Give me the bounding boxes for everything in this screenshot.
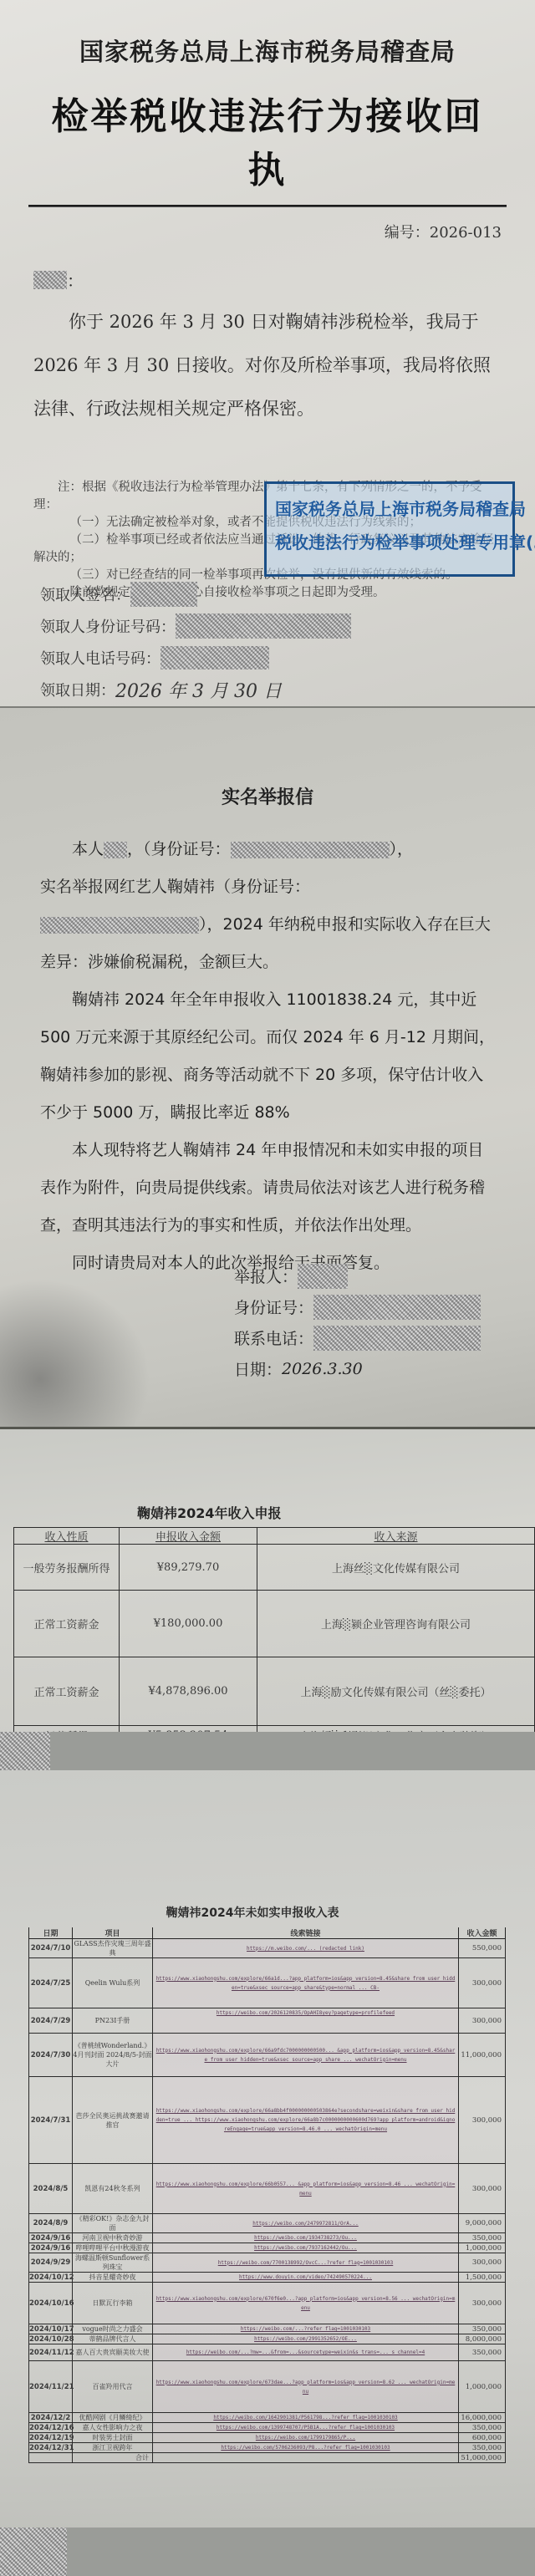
row-date: 2024/9/16 <box>29 2243 73 2253</box>
label: 举报人： <box>234 1265 298 1287</box>
redacted-id <box>176 613 351 639</box>
title-divider <box>28 205 507 207</box>
table-header-row: 收入性质 申报收入金额 收入来源 <box>14 1528 535 1545</box>
date-value: 2026 年 3 月 30 日 <box>115 677 282 703</box>
table-row: 正常工资薪金 ¥180,000.00 上海░颍企业管理咨询有限公司 <box>14 1591 535 1657</box>
redacted-id <box>313 1295 481 1320</box>
empty-cell <box>29 2453 73 2463</box>
table-row: 2024/7/29PN23I手册https://weibo.com/202612… <box>29 2008 506 2034</box>
letter-paragraph-3: 本人现特将艺人鞠婧祎 24 年申报情况和未如实申报的项目表作为附件，向贵局提供线… <box>40 1132 495 1245</box>
text: 本人 <box>72 840 104 858</box>
total-row: 合计51,000,000 <box>29 2453 506 2463</box>
row-amount: 350,000 <box>459 2233 506 2243</box>
stamp-line-1: 国家税务总局上海市税务局稽查局 <box>275 492 506 526</box>
redacted-signature <box>0 1732 50 1770</box>
evidence-link[interactable]: https://weibo.com/...?mw=...&from=...&so… <box>153 2344 459 2361</box>
row-project: 浙江卫视跨年 <box>73 2443 153 2453</box>
declared-income-table: 收入性质 申报收入金额 收入来源 一般劳务报酬所得 ¥89,279.70 上海丝… <box>13 1527 535 1732</box>
evidence-link[interactable]: https://weibo.com/7937162442/Ou... <box>153 2243 459 2253</box>
table-row: 2024/9/16河南卫视中秋奇妙游https://weibo.com/1934… <box>29 2233 506 2243</box>
row-amount: 550,000 <box>459 1939 506 1958</box>
row-project: vogue时尚之力盛会 <box>73 2324 153 2334</box>
row-amount: 350,000 <box>459 2324 506 2334</box>
evidence-link[interactable]: https://www.xiaohongshu.com/explore/66a1… <box>153 1958 459 2008</box>
evidence-link[interactable]: https://www.xiaohongshu.com/explore/66b0… <box>153 2164 459 2214</box>
row-date: 2024/12/19 <box>29 2433 73 2443</box>
income-type: 正常工资薪金 <box>14 1657 120 1726</box>
label: 联系电话： <box>234 1326 313 1349</box>
row-date: 2024/11/12 <box>29 2344 73 2361</box>
row-amount: 600,000 <box>459 2433 506 2443</box>
table-row: 2024/8/5凯恩有24秋冬系列https://www.xiaohongshu… <box>29 2164 506 2214</box>
row-amount: 300,000 <box>459 2008 506 2034</box>
row-amount: 9,000,000 <box>459 2214 506 2233</box>
table-row: 2024/10/17vogue时尚之力盛会https://weibo.com/.… <box>29 2324 506 2334</box>
income-source: 上海橘░利影视文化工作室（个人独资） <box>257 1726 535 1733</box>
table-row: 2024/9/29海螺温斯顿Sunflower系列珠宝https://weibo… <box>29 2253 506 2273</box>
row-date: 2024/9/29 <box>29 2253 73 2273</box>
row-project: 凯恩有24秋冬系列 <box>73 2164 153 2214</box>
income-type: 正常工资薪金 <box>14 1591 120 1657</box>
row-date: 2024/9/16 <box>29 2233 73 2243</box>
table-row: 2024/10/16日默瓦行李箱https://www.xiaohongshu.… <box>29 2283 506 2324</box>
table-row: 2024/12/31浙江卫视跨年https://weibo.com/570623… <box>29 2443 506 2453</box>
label: 身份证号： <box>234 1296 313 1318</box>
income-source: 上海丝░文化传媒有限公司 <box>257 1545 535 1591</box>
redacted-phone <box>160 646 269 669</box>
row-project: 《普桃绒Wonderland.》4月刊封面 2024/8/5-封面大片 <box>73 2034 153 2077</box>
serial-number: 编号：2026-013 <box>33 221 502 242</box>
row-project: 时装男士封面 <box>73 2433 153 2443</box>
row-date: 2024/10/16 <box>29 2283 73 2324</box>
table-row: 2024/7/31芭莎全民奥运挑战赛邀请推官https://www.xiaoho… <box>29 2077 506 2164</box>
row-project: 抖音星耀奇妙夜 <box>73 2273 153 2283</box>
phone-label: 领取人电话号码： <box>40 647 160 669</box>
row-amount: 350,000 <box>459 2423 506 2433</box>
evidence-link[interactable]: https://weibo.com/5706236093/P8...?refer… <box>153 2443 459 2453</box>
row-project: 蒂鹤品牌代言人 <box>73 2334 153 2344</box>
row-amount: 300,000 <box>459 2077 506 2164</box>
row-date: 2024/8/5 <box>29 2164 73 2214</box>
empty-cell <box>153 2453 459 2463</box>
serial-value: 2026-013 <box>430 224 502 242</box>
income-amount: ¥5,853,207.54 <box>120 1726 257 1733</box>
row-amount: 350,000 <box>459 2344 506 2361</box>
row-project: 百雀羚用代言 <box>73 2361 153 2413</box>
evidence-link[interactable]: https://m.weibo.com/... (redacted link) <box>153 1939 459 1958</box>
table-row: 一般劳务报酬所得 ¥89,279.70 上海丝░文化传媒有限公司 <box>14 1545 535 1591</box>
evidence-link[interactable]: https://www.douyin.com/video/74249057022… <box>153 2273 459 2283</box>
evidence-link[interactable]: https://www.xiaohongshu.com/explore/673d… <box>153 2361 459 2413</box>
table-row: 经营所得 ¥5,853,207.54 上海橘░利影视文化工作室（个人独资） <box>14 1726 535 1733</box>
table-row: 2024/10/12抖音星耀奇妙夜https://www.douyin.com/… <box>29 2273 506 2283</box>
row-project: 哔哩哔哩平台中秋漫游夜 <box>73 2243 153 2253</box>
letter-title: 实名举报信 <box>40 783 495 809</box>
table-row: 2024/7/25Qeelin Wulu系列https://www.xiaoho… <box>29 1958 506 2008</box>
row-project: 嘉人百大贵宾颐美妆大使 <box>73 2344 153 2361</box>
label: 日期： <box>234 1357 282 1380</box>
row-amount: 300,000 <box>459 1958 506 2008</box>
reporter-id: 身份证号： <box>234 1291 481 1322</box>
text: 实名举报网红艺人鞠婧祎（身份证号： <box>40 878 310 896</box>
income-amount: ¥4,878,896.00 <box>120 1657 257 1726</box>
table-row: 正常工资薪金 ¥4,878,896.00 上海░励文化传媒有限公司（丝░委托） <box>14 1657 535 1726</box>
evidence-link[interactable]: https://weibo.com/...?refer_flag=1001030… <box>153 2324 459 2334</box>
stamp-line-2: 税收违法行为检举事项处理专用章(3) <box>275 526 506 559</box>
row-project: 优酷网剧《月鳞绮纪》 <box>73 2413 153 2423</box>
column-header: 项目 <box>73 1927 153 1939</box>
row-amount: 16,000,000 <box>459 2413 506 2423</box>
text: ）， <box>390 840 414 858</box>
column-header: 收入性质 <box>14 1528 120 1545</box>
row-amount: 300,000 <box>459 2283 506 2324</box>
row-project: 海螺温斯顿Sunflower系列珠宝 <box>73 2253 153 2273</box>
salutation: ： <box>33 267 502 292</box>
table-row: 2024/9/16哔哩哔哩平台中秋漫游夜https://weibo.com/79… <box>29 2243 506 2253</box>
income-type: 一般劳务报酬所得 <box>14 1545 120 1591</box>
row-date: 2024/11/21 <box>29 2361 73 2413</box>
letter-paragraph-2: 鞠婧祎 2024 年全年申报收入 11001838.24 元，其中近 500 万… <box>40 981 495 1132</box>
salutation-colon: ： <box>67 267 84 292</box>
reporter-name: 举报人： <box>234 1260 481 1291</box>
row-date: 2024/7/31 <box>29 2077 73 2164</box>
table-row: 2024/7/30《普桃绒Wonderland.》4月刊封面 2024/8/5-… <box>29 2034 506 2077</box>
date-field: 领取日期：2026 年 3 月 30 日 <box>40 674 351 705</box>
id-label: 领取人身份证号码： <box>40 615 176 637</box>
receipt-body: 你于 2026 年 3 月 30 日对鞠婧祎涉税检举，我局于 2026 年 3 … <box>33 300 502 430</box>
row-amount: 350,000 <box>459 2443 506 2453</box>
row-amount: 1,000,000 <box>459 2243 506 2253</box>
row-project: GLASS杰作灾瑰三周年盛典 <box>73 1939 153 1958</box>
table-row: 2024/12/19时装男士封面https://weibo.com/179917… <box>29 2433 506 2443</box>
redacted-id <box>40 917 199 934</box>
letter-paragraph-1: 本人，（身份证号：）， <box>40 831 495 868</box>
redacted-name <box>104 842 127 858</box>
reporter-date: 日期：2026.3.30 <box>234 1353 481 1384</box>
evidence-link[interactable]: https://weibo.com/2479972811/OrA... <box>153 2214 459 2233</box>
table-row: 2024/7/10GLASS杰作灾瑰三周年盛典https://m.weibo.c… <box>29 1939 506 1958</box>
table-row: 2024/11/12嘉人百大贵宾颐美妆大使https://weibo.com/.… <box>29 2344 506 2361</box>
column-header: 申报收入金额 <box>120 1528 257 1545</box>
row-project: 芭莎全民奥运挑战赛邀请推官 <box>73 2077 153 2164</box>
row-project: 嘉人女性影响力之夜 <box>73 2423 153 2433</box>
income-source: 上海░颍企业管理咨询有限公司 <box>257 1591 535 1657</box>
date-label: 领取日期： <box>40 679 115 700</box>
row-date: 2024/10/12 <box>29 2273 73 2283</box>
row-date: 2024/7/30 <box>29 2034 73 2077</box>
evidence-link[interactable]: https://www.xiaohongshu.com/explore/670f… <box>153 2283 459 2324</box>
evidence-link[interactable]: https://weibo.com/1642901381/P561798...?… <box>153 2413 459 2423</box>
official-stamp: 国家税务总局上海市税务局稽查局 税收违法行为检举事项处理专用章(3) <box>264 481 515 577</box>
table-row: 2024/10/28蒂鹤品牌代言人https://weibo.com/29913… <box>29 2334 506 2344</box>
row-date: 2024/12/2 <box>29 2413 73 2423</box>
evidence-link[interactable]: https://weibo.com/2026120835/OpAHI8yey?p… <box>153 2008 459 2034</box>
letter-paragraph-1b: 实名举报网红艺人鞠婧祎（身份证号： ），2024 年纳税申报和实际收入存在巨大差… <box>40 868 495 981</box>
row-amount: 11,000,000 <box>459 2034 506 2077</box>
signature-field: 领取人签名： <box>40 578 351 610</box>
row-date: 2024/10/17 <box>29 2324 73 2334</box>
row-date: 2024/12/31 <box>29 2443 73 2453</box>
row-date: 2024/7/10 <box>29 1939 73 1958</box>
redacted-id <box>231 842 390 858</box>
row-project: 日默瓦行李箱 <box>73 2283 153 2324</box>
declared-income-title: 鞠婧祎2024年收入申报 <box>137 1503 523 1522</box>
evidence-link[interactable]: https://weibo.com/1799179865/P... <box>153 2433 459 2443</box>
evidence-link[interactable]: https://weibo.com/7700138992/OvcC...?ref… <box>153 2253 459 2273</box>
column-header: 收入来源 <box>257 1528 535 1545</box>
evidence-link[interactable]: https://www.xiaohongshu.com/explore/66a9… <box>153 2034 459 2077</box>
evidence-link[interactable]: https://weibo.com/1934738273/Ou... <box>153 2233 459 2243</box>
income-amount: ¥89,279.70 <box>120 1545 257 1591</box>
row-date: 2024/7/29 <box>29 2008 73 2034</box>
column-header: 日期 <box>29 1927 73 1939</box>
table-row: 2024/12/16嘉人女性影响力之夜https://weibo.com/139… <box>29 2423 506 2433</box>
row-project: PN23I手册 <box>73 2008 153 2034</box>
row-date: 2024/7/25 <box>29 1958 73 2008</box>
table-header-row: 日期 项目 线索链接 收入金额 <box>29 1927 506 1939</box>
unreported-income-table: 日期 项目 线索链接 收入金额 2024/7/10GLASS杰作灾瑰三周年盛典h… <box>28 1927 506 2463</box>
table-row: 2024/8/9《精彩OK!》杂志金九封面https://weibo.com/2… <box>29 2214 506 2233</box>
declared-income-page: 鞠婧祎2024年收入申报 收入性质 申报收入金额 收入来源 一般劳务报酬所得 ¥… <box>0 1427 535 1732</box>
income-source: 上海░励文化传媒有限公司（丝░委托） <box>257 1657 535 1726</box>
issuer-name: 国家税务总局上海市税务局稽查局 <box>33 0 502 68</box>
phone-field: 领取人电话号码： <box>40 642 351 674</box>
row-amount: 300,000 <box>459 2164 506 2214</box>
receipt-title: 检举税收违法行为接收回执 <box>33 86 502 193</box>
redacted-signature <box>298 1264 348 1289</box>
row-date: 2024/12/16 <box>29 2423 73 2433</box>
redacted-name <box>33 271 67 289</box>
income-amount: ¥180,000.00 <box>120 1591 257 1657</box>
income-type: 经营所得 <box>14 1726 120 1733</box>
row-date: 2024/10/28 <box>29 2334 73 2344</box>
row-project: 《精彩OK!》杂志金九封面 <box>73 2214 153 2233</box>
id-field: 领取人身份证号码： <box>40 610 351 642</box>
evidence-link[interactable]: https://weibo.com/2991352652/OE... <box>153 2334 459 2344</box>
column-header: 线索链接 <box>153 1927 459 1939</box>
column-header: 收入金额 <box>459 1927 506 1939</box>
total-value: 51,000,000 <box>459 2453 506 2463</box>
row-amount: 300,000 <box>459 2253 506 2273</box>
text: ，（身份证号： <box>127 840 231 858</box>
row-amount: 8,000,000 <box>459 2334 506 2344</box>
serial-label: 编号： <box>385 224 430 242</box>
date-value: 2026.3.30 <box>282 1360 363 1378</box>
evidence-link[interactable]: https://weibo.com/1399748707/P5B1A...?re… <box>153 2423 459 2433</box>
unreported-income-title: 鞠婧祎2024年未如实申报收入表 <box>28 1904 535 1921</box>
row-amount: 1,000,000 <box>459 2361 506 2413</box>
table-row: 2024/11/21百雀羚用代言https://www.xiaohongshu.… <box>29 2361 506 2413</box>
signature-label: 领取人签名： <box>40 583 130 605</box>
table-row: 2024/12/2优酷网剧《月鳞绮纪》https://weibo.com/164… <box>29 2413 506 2423</box>
evidence-link[interactable]: https://www.xiaohongshu.com/explore/66a8… <box>153 2077 459 2164</box>
total-label: 合计 <box>73 2453 153 2463</box>
unreported-income-page: 鞠婧祎2024年未如实申报收入表 日期 项目 线索链接 收入金额 2024/7/… <box>0 1770 535 2528</box>
row-date: 2024/8/9 <box>29 2214 73 2233</box>
redacted-signature <box>0 2528 67 2576</box>
row-project: Qeelin Wulu系列 <box>73 1958 153 2008</box>
row-amount: 1,500,000 <box>459 2273 506 2283</box>
redacted-signature <box>130 582 197 607</box>
reporter-phone: 联系电话： <box>234 1322 481 1353</box>
recipient-fields: 领取人签名： 领取人身份证号码： 领取人电话号码： 领取日期：2026 年 3 … <box>40 578 351 705</box>
reporter-signature-block: 举报人： 身份证号： 联系电话： 日期：2026.3.30 <box>234 1260 481 1384</box>
redacted-phone <box>313 1326 481 1351</box>
row-project: 河南卫视中秋奇妙游 <box>73 2233 153 2243</box>
